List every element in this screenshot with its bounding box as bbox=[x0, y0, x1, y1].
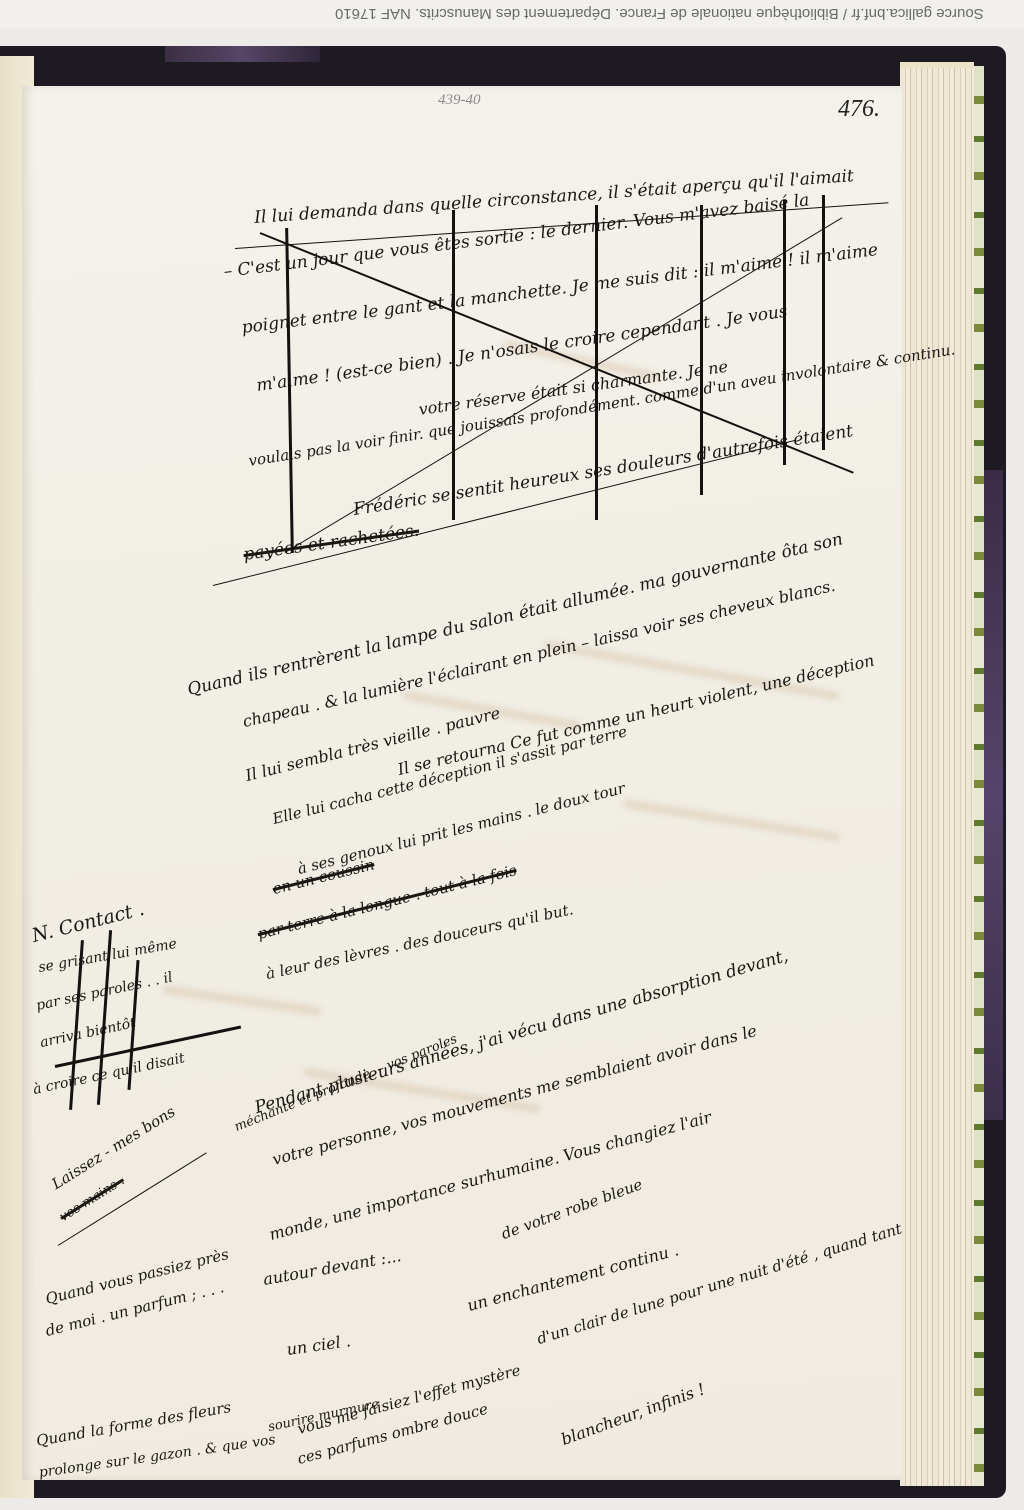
archive-number: 439-40 bbox=[438, 92, 481, 109]
ink-bleed bbox=[623, 799, 842, 842]
page-edges bbox=[900, 62, 974, 1486]
deletion-stroke bbox=[595, 205, 598, 520]
deletion-stroke bbox=[452, 210, 455, 520]
source-banner-text: Source gallica.bnf.fr / Bibliothèque nat… bbox=[335, 5, 984, 22]
deletion-stroke bbox=[783, 200, 786, 465]
cover-spine-strip bbox=[983, 470, 1003, 1120]
deletion-stroke bbox=[700, 205, 703, 495]
ink-bleed bbox=[162, 985, 322, 1016]
cover-marbled-edge bbox=[165, 46, 320, 62]
folio-number: 476. bbox=[838, 96, 880, 123]
source-banner: Source gallica.bnf.fr / Bibliothèque nat… bbox=[0, 0, 1024, 28]
deletion-stroke bbox=[822, 195, 825, 450]
